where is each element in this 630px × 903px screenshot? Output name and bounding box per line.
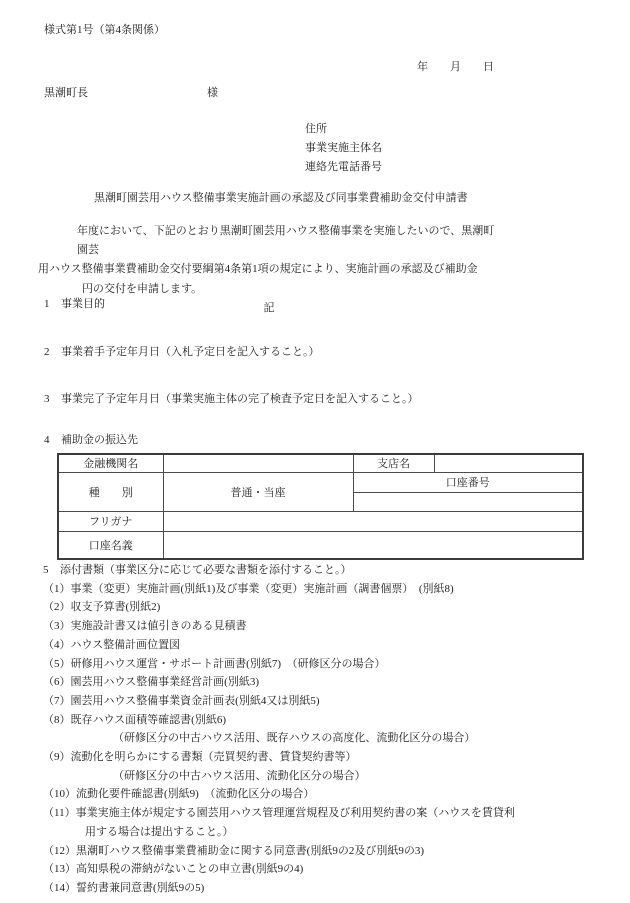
bank-name-label: 金融機関名: [58, 454, 163, 472]
section-4-transfer-destination: 4補助金の振込先: [44, 431, 138, 447]
section-1-business-purpose: 1事業目的: [44, 295, 105, 311]
account-holder-label: 口座名義: [58, 531, 163, 559]
attachment-line-8-note: （研修区分の中古ハウス活用、既存ハウスの高度化、流動化区分の場合）: [43, 729, 588, 748]
body-line: 用ハウス整備事業費補助金交付要綱第4条第1項の規定により、実施計画の承認及び補助…: [38, 260, 500, 279]
account-type-label: 種 別: [58, 472, 163, 511]
date-placeholder: 年 月 日: [417, 58, 494, 74]
account-type-value: 普通・当座: [163, 472, 353, 511]
account-number-field: [353, 492, 583, 511]
attachment-line-8: （8）既存ハウス面積等確認書(別紙6): [43, 711, 588, 730]
sender-entity-label: 事業実施主体名: [305, 139, 382, 158]
account-number-label: 口座番号: [353, 472, 583, 492]
attachment-line-11-cont: 用する場合は提出すること。）: [43, 823, 588, 842]
attachment-line-12: （12）黒潮町ハウス整備事業費補助金に関する同意書(別紙9の2及び別紙9の3): [43, 842, 588, 861]
body-line: 年度において、下記のとおり黒潮町園芸用ハウス整備事業を実施したいので、黒潮町園芸: [38, 222, 500, 260]
attachment-line-2: （2）収支予算書(別紙2): [43, 598, 588, 617]
attachments-heading: 5添付書類（事業区分に応じて必要な書類を添付すること。）: [43, 561, 588, 580]
section-number: 5: [43, 561, 60, 580]
attachment-line-4: （4）ハウス整備計画位置図: [43, 636, 588, 655]
attachment-line-13: （13）高知県税の滞納がないことの申立書(別紙9の4): [43, 860, 588, 879]
application-body: 年度において、下記のとおり黒潮町園芸用ハウス整備事業を実施したいので、黒潮町園芸…: [38, 222, 500, 318]
furigana-field: [163, 511, 583, 531]
body-line: 円の交付を申請します。: [38, 280, 500, 299]
sender-block: 住所 事業実施主体名 連絡先電話番号: [305, 120, 382, 178]
branch-name-field: [434, 454, 583, 472]
sender-address-label: 住所: [305, 120, 382, 139]
branch-name-label: 支店名: [353, 454, 434, 472]
section-number: 3: [44, 393, 61, 405]
section-number: 1: [44, 298, 61, 310]
attachment-line-10: （10）流動化要件確認書(別紙9) （流動化区分の場合）: [43, 785, 588, 804]
addressee-line: 黒潮町長 様: [44, 84, 344, 100]
attachment-line-6: （6）園芸用ハウス整備事業経営計画(別紙3): [43, 673, 588, 692]
section-number: 4: [44, 434, 61, 446]
addressee-honorific: 様: [207, 84, 218, 100]
sender-phone-label: 連絡先電話番号: [305, 158, 382, 177]
bank-name-field: [163, 454, 353, 472]
attachment-line-1: （1）事業（変更）実施計画(別紙1)及び事業（変更）実施計画（調書個票） (別紙…: [43, 580, 588, 599]
application-form-page: 様式第1号（第4条関係） 年 月 日 黒潮町長 様 住所 事業実施主体名 連絡先…: [0, 0, 630, 903]
attachment-line-14: （14）誓約書兼同意書(別紙9の5): [43, 879, 588, 898]
section-text: 事業完了予定年月日（事業実施主体の完了検査予定日を記入すること。）: [61, 393, 419, 405]
attachment-line-11: （11）事業実施主体が規定する園芸用ハウス管理運営規程及び利用契約書の案（ハウス…: [43, 804, 588, 823]
attachments-section: 5添付書類（事業区分に応じて必要な書類を添付すること。） （1）事業（変更）実施…: [43, 561, 588, 898]
form-number-label: 様式第1号（第4条関係）: [44, 21, 165, 37]
section-text: 補助金の振込先: [61, 434, 138, 446]
account-holder-field: [163, 531, 583, 559]
addressee-name: 黒潮町長: [44, 87, 88, 99]
section-3-completion-date: 3事業完了予定年月日（事業実施主体の完了検査予定日を記入すること。）: [44, 390, 419, 406]
section-number: 2: [44, 346, 61, 358]
attachment-line-9-note: （研修区分の中古ハウス活用、流動化区分の場合）: [43, 767, 588, 786]
attachments-heading-text: 添付書類（事業区分に応じて必要な書類を添付すること。）: [60, 564, 352, 576]
attachment-line-7: （7）園芸用ハウス整備事業資金計画表(別紙4又は別紙5): [43, 692, 588, 711]
section-2-start-date: 2事業着手予定年月日（入札予定日を記入すること。）: [44, 343, 320, 359]
section-text: 事業目的: [61, 298, 105, 310]
attachment-line-3: （3）実施設計書又は値引きのある見積書: [43, 617, 588, 636]
document-title: 黒潮町園芸用ハウス整備事業実施計画の承認及び同事業費補助金交付申請書: [94, 189, 468, 205]
section-text: 事業着手予定年月日（入札予定日を記入すること。）: [61, 346, 320, 358]
ki-marker: 記: [38, 299, 500, 318]
bank-transfer-table: 金融機関名 支店名 種 別 普通・当座 口座番号 フリガナ 口座名義: [57, 453, 584, 560]
attachment-line-5: （5）研修用ハウス運営・サポート計画書(別紙7) （研修区分の場合）: [43, 655, 588, 674]
attachment-line-9: （9）流動化を明らかにする書類（売買契約書、賃貸契約書等）: [43, 748, 588, 767]
furigana-label: フリガナ: [58, 511, 163, 531]
